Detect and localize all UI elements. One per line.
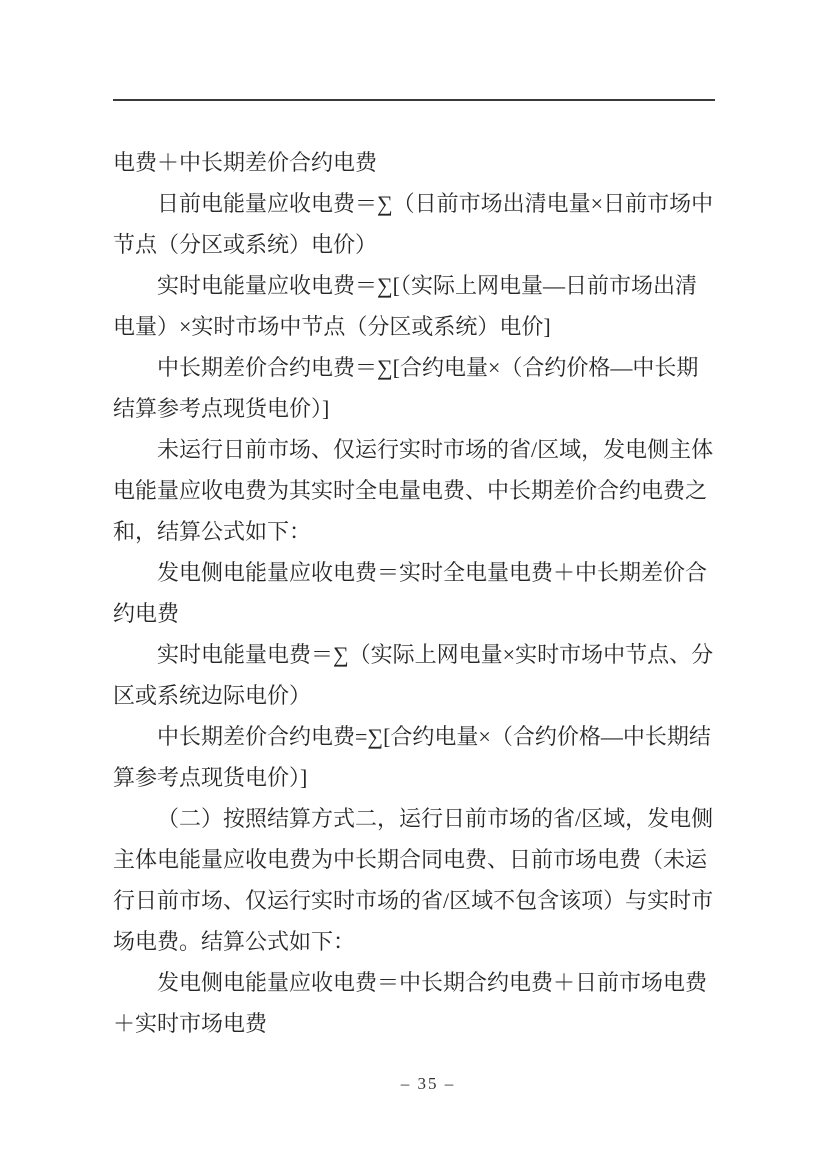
document-line: ＋实时市场电费 (113, 1003, 715, 1044)
document-line: 实时电能量电费＝∑（实际上网电量×实时市场中节点、分 (113, 634, 715, 675)
document-line: 算参考点现货电价）] (113, 757, 715, 798)
page-footer: – 35 – (0, 1074, 826, 1094)
document-page: 电费＋中长期差价合约电费日前电能量应收电费＝∑（日前市场出清电量×日前市场中节点… (0, 0, 826, 1169)
document-line: 实时电能量应收电费＝∑[（实际上网电量—日前市场出清 (113, 265, 715, 306)
document-body: 电费＋中长期差价合约电费日前电能量应收电费＝∑（日前市场出清电量×日前市场中节点… (113, 142, 715, 1044)
document-line: 结算参考点现货电价）] (113, 388, 715, 429)
page-number: – 35 – (401, 1074, 456, 1094)
document-line: 行日前市场、仅运行实时市场的省/区域不包含该项）与实时市 (113, 880, 715, 921)
document-line: 发电侧电能量应收电费＝实时全电量电费＋中长期差价合 (113, 552, 715, 593)
document-line: 电量）×实时市场中节点（分区或系统）电价] (113, 306, 715, 347)
document-line: 约电费 (113, 593, 715, 634)
document-line: （二）按照结算方式二，运行日前市场的省/区域，发电侧 (113, 798, 715, 839)
document-line: 区或系统边际电价） (113, 675, 715, 716)
header-rule (113, 99, 715, 101)
document-line: 中长期差价合约电费＝∑[合约电量×（合约价格—中长期 (113, 347, 715, 388)
document-line: 日前电能量应收电费＝∑（日前市场出清电量×日前市场中 (113, 183, 715, 224)
document-line: 电费＋中长期差价合约电费 (113, 142, 715, 183)
document-line: 电能量应收电费为其实时全电量电费、中长期差价合约电费之 (113, 470, 715, 511)
document-line: 和，结算公式如下： (113, 511, 715, 552)
document-line: 中长期差价合约电费=∑[合约电量×（合约价格—中长期结 (113, 716, 715, 757)
document-line: 未运行日前市场、仅运行实时市场的省/区域，发电侧主体 (113, 429, 715, 470)
document-line: 场电费。结算公式如下： (113, 921, 715, 962)
document-line: 主体电能量应收电费为中长期合同电费、日前市场电费（未运 (113, 839, 715, 880)
document-line: 发电侧电能量应收电费＝中长期合约电费＋日前市场电费 (113, 962, 715, 1003)
document-line: 节点（分区或系统）电价） (113, 224, 715, 265)
